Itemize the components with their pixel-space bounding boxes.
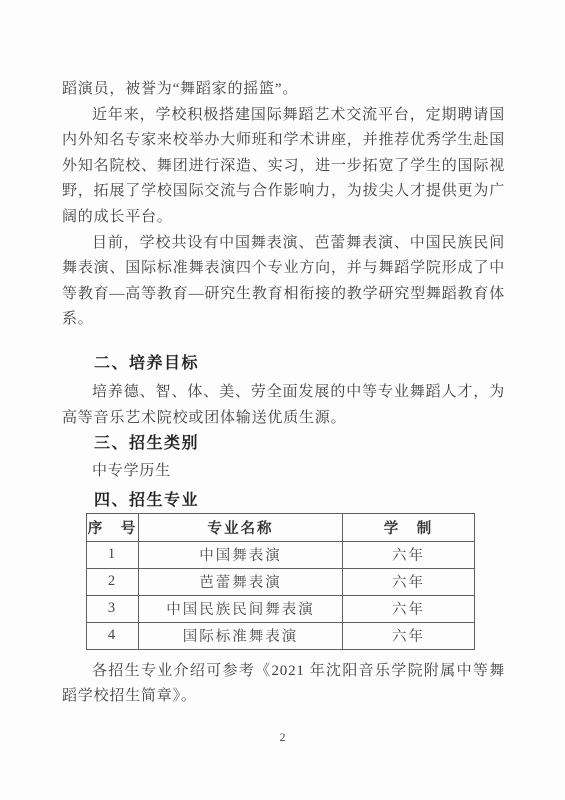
cell-number: 1 bbox=[87, 541, 139, 568]
cell-number: 4 bbox=[87, 622, 139, 649]
cell-duration: 六年 bbox=[343, 595, 475, 622]
page-content: 蹈演员，被誉为“舞蹈家的摇篮”。 近年来，学校积极搭建国际舞蹈艺术交流平台，定期… bbox=[62, 77, 505, 710]
cell-major-name: 中国民族民间舞表演 bbox=[139, 595, 343, 622]
text-enrollment-category: 中专学历生 bbox=[62, 459, 505, 485]
cell-duration: 六年 bbox=[343, 541, 475, 568]
table-row: 2 芭蕾舞表演 六年 bbox=[87, 568, 475, 595]
column-header-number: 序 号 bbox=[87, 513, 139, 541]
cell-number: 2 bbox=[87, 568, 139, 595]
column-header-duration: 学 制 bbox=[343, 513, 475, 541]
majors-table: 序 号 专业名称 学 制 1 中国舞表演 六年 2 芭蕾舞表演 六年 3 bbox=[86, 513, 475, 650]
paragraph-majors-overview: 目前，学校共设有中国舞表演、芭蕾舞表演、中国民族民间舞表演、国际标准舞表演四个专… bbox=[62, 231, 505, 333]
cell-major-name: 中国舞表演 bbox=[139, 541, 343, 568]
paragraph-intro-continued: 蹈演员，被誉为“舞蹈家的摇篮”。 bbox=[62, 77, 505, 103]
cell-number: 3 bbox=[87, 595, 139, 622]
table-row: 4 国际标准舞表演 六年 bbox=[87, 622, 475, 649]
paragraph-reference-note: 各招生专业介绍可参考《2021 年沈阳音乐学院附属中等舞蹈学校招生简章》。 bbox=[62, 659, 505, 710]
paragraph-training-goal: 培养德、智、体、美、劳全面发展的中等专业舞蹈人才，为高等音乐艺术院校或团体输送优… bbox=[62, 380, 505, 431]
cell-duration: 六年 bbox=[343, 568, 475, 595]
heading-enrollment-majors: 四、招生专业 bbox=[62, 490, 505, 512]
column-header-major-name: 专业名称 bbox=[139, 513, 343, 541]
heading-enrollment-category: 三、招生类别 bbox=[62, 433, 505, 455]
heading-training-goal: 二、培养目标 bbox=[62, 353, 505, 375]
cell-major-name: 国际标准舞表演 bbox=[139, 622, 343, 649]
paragraph-international-exchange: 近年来，学校积极搭建国际舞蹈艺术交流平台，定期聘请国内外知名专家来校举办大师班和… bbox=[62, 103, 505, 231]
cell-major-name: 芭蕾舞表演 bbox=[139, 568, 343, 595]
majors-table-header-row: 序 号 专业名称 学 制 bbox=[87, 513, 475, 541]
table-row: 1 中国舞表演 六年 bbox=[87, 541, 475, 568]
document-page: 蹈演员，被誉为“舞蹈家的摇篮”。 近年来，学校积极搭建国际舞蹈艺术交流平台，定期… bbox=[0, 0, 565, 800]
page-number: 2 bbox=[0, 730, 565, 745]
cell-duration: 六年 bbox=[343, 622, 475, 649]
table-row: 3 中国民族民间舞表演 六年 bbox=[87, 595, 475, 622]
